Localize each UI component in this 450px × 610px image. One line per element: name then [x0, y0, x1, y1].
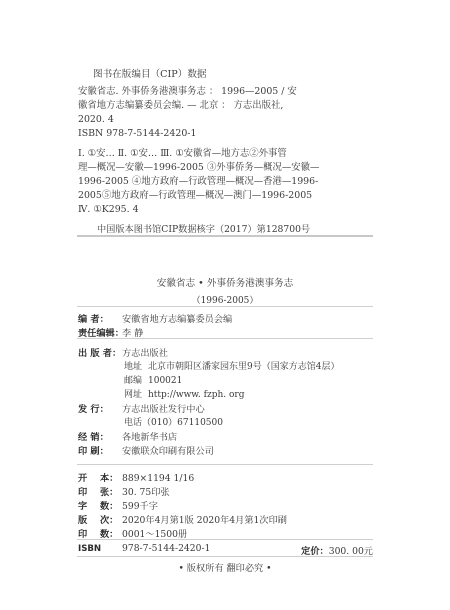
spec-label-a: 印	[78, 484, 100, 498]
seller-label: 经 销：	[78, 429, 122, 443]
spec-value: 2020年4月第1版 2020年4月第1次印刷	[122, 515, 287, 526]
isbn-value: 978-7-5144-2420-1	[122, 543, 210, 554]
isbn-label: ISBN	[78, 544, 122, 554]
divider-cip	[77, 235, 373, 237]
divider-editors	[77, 338, 373, 339]
seller-row: 经 销：各地新华书店	[78, 429, 177, 443]
spec-value: 889×1194 1/16	[122, 473, 194, 484]
divider-isbn	[77, 556, 373, 557]
spec-row-sheets: 印张：30. 75印张	[78, 484, 170, 498]
spec-value: 30. 75印张	[122, 487, 170, 498]
website-value: http://www. fzph. org	[148, 390, 245, 400]
address-row: 地址北京市朝阳区潘家园东里9号（国家方志馆4层）	[124, 359, 339, 372]
spec-label-b: 张：	[100, 487, 118, 498]
editor-row: 编 者：安徽省地方志编纂委员会编	[78, 311, 232, 325]
book-period: （1996-2005）	[77, 293, 373, 306]
responsible-editor-label: 责任编辑：	[78, 325, 122, 339]
distributor-value: 方志出版社发行中心	[122, 404, 205, 415]
spec-label-a: 字	[78, 498, 100, 512]
editor-value: 安徽省地方志编纂委员会编	[122, 314, 232, 325]
divider-specs	[77, 539, 373, 540]
printer-label: 印 刷：	[78, 443, 122, 457]
spec-value: 599千字	[122, 501, 158, 512]
responsible-editor-row: 责任编辑：李 静	[78, 325, 143, 339]
seller-value: 各地新华书店	[122, 432, 177, 443]
cip-heading: 图书在版编目（CIP）数据	[93, 66, 207, 80]
divider-publisher	[77, 464, 373, 465]
phone-row: 电话（010）67110500	[124, 415, 223, 428]
editor-label: 编 者：	[78, 311, 122, 325]
printer-value: 安徽联众印刷有限公司	[122, 446, 214, 457]
publisher-row: 出 版 者：方志出版社	[78, 345, 168, 359]
website-key: 网址	[124, 387, 148, 400]
isbn-row: ISBN978-7-5144-2420-1	[78, 543, 210, 554]
cip-classification-line: Ⅳ. ①K295. 4	[78, 203, 139, 217]
spec-label-a: 印	[78, 526, 100, 540]
cip-subject-line-4: 2005⑤地方政府—行政管理—概况—澳门—1996-2005	[78, 189, 312, 203]
postcode-value: 100021	[148, 376, 182, 386]
postcode-key: 邮编	[124, 373, 148, 386]
postcode-row: 邮编100021	[124, 373, 182, 386]
cip-entry-line-3: 2020. 4	[78, 113, 114, 127]
spec-row-word-count: 字数：599千字	[78, 498, 158, 512]
cip-entry-line-1: 安徽省志. 外事侨务港澳事务志 ： 1996—2005 / 安	[78, 85, 297, 99]
distributor-label: 发 行：	[78, 401, 122, 415]
address-key: 地址	[124, 359, 148, 372]
spec-label-a: 开	[78, 470, 100, 484]
publisher-label: 出 版 者：	[78, 345, 122, 359]
spec-row-edition: 版次：2020年4月第1版 2020年4月第1次印刷	[78, 512, 287, 526]
book-title: 安徽省志 • 外事侨务港澳事务志	[77, 275, 373, 289]
spec-row-format: 开本：889×1194 1/16	[78, 470, 194, 484]
cip-subject-line-1: Ⅰ. ①安… Ⅱ. ①安… Ⅲ. ①安徽省—地方志②外事管	[78, 147, 287, 161]
spec-label-b: 数：	[100, 501, 118, 512]
price: 定价：300. 00元	[301, 543, 373, 557]
spec-label-b: 本：	[100, 473, 118, 484]
publisher-value: 方志出版社	[122, 348, 168, 359]
cip-subject-line-2: 理—概况—安徽—1996-2005 ③外事侨务—概况—安徽—	[78, 161, 319, 175]
copyright-notice: • 版权所有 翻印必究 •	[77, 560, 373, 574]
cip-subject-line-3: 1996-2005 ④地方政府—行政管理—概况—香港—1996-	[78, 175, 318, 189]
distributor-row: 发 行：方志出版社发行中心	[78, 401, 205, 415]
phone-value: 电话（010）67110500	[124, 418, 223, 428]
address-value: 北京市朝阳区潘家园东里9号（国家方志馆4层）	[148, 362, 339, 372]
cip-number: 中国版本图书馆CIP数据核字（2017）第128700号	[97, 221, 310, 235]
spec-label-b: 次：	[100, 515, 118, 526]
spec-label-a: 版	[78, 512, 100, 526]
printer-row: 印 刷：安徽联众印刷有限公司	[78, 443, 214, 457]
website-row: 网址http://www. fzph. org	[124, 387, 245, 400]
cip-entry-line-2: 徽省地方志编纂委员会编. — 北京 ： 方志出版社,	[78, 99, 283, 113]
spec-row-print-run: 印数：0001～1500册	[78, 526, 187, 540]
cip-isbn-line: ISBN 978-7-5144-2420-1	[78, 127, 196, 141]
divider-title	[77, 306, 373, 307]
